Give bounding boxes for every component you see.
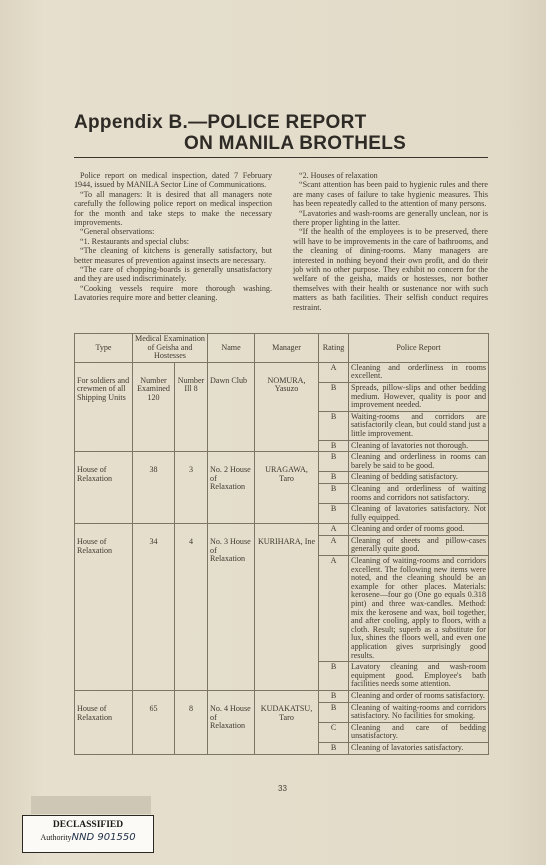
table-body: For soldiers and crewmen of all Shipping… [75, 362, 489, 754]
header-type: Type [75, 334, 133, 363]
cell-type: For soldiers and crewmen of all Shipping… [75, 362, 133, 451]
cell-rating: C [319, 722, 349, 742]
header-rating: Rating [319, 334, 349, 363]
cell-rating: B [319, 662, 349, 691]
title-line-1: Appendix B.—POLICE REPORT [74, 112, 494, 133]
header-manager: Manager [255, 334, 319, 363]
cell-number-examined: 65 [133, 690, 175, 754]
intro-paragraph: “General observations: [74, 227, 272, 236]
intro-paragraph: “2. Houses of relaxation [293, 171, 488, 180]
cell-type: House of Relaxation [75, 690, 133, 754]
intro-paragraph: “Cooking vessels require more thorough w… [74, 284, 272, 303]
intro-paragraph: “1. Restaurants and special clubs: [74, 237, 272, 246]
title-line-2: ON MANILA BROTHELS [74, 133, 494, 154]
cell-police-report: Lavatory cleaning and wash-room equipmen… [349, 662, 489, 691]
cell-number-ill: 3 [175, 452, 208, 524]
table-row: House of Relaxation344No. 3 House of Rel… [75, 524, 489, 536]
table-row: House of Relaxation658No. 4 House of Rel… [75, 690, 489, 702]
header-name: Name [208, 334, 255, 363]
cell-number-examined: 38 [133, 452, 175, 524]
cell-police-report: Cleaning of lavatories satisfactory. Not… [349, 504, 489, 524]
cell-rating: B [319, 702, 349, 722]
intro-paragraph: “Lavatories and wash-rooms are generally… [293, 209, 488, 228]
cell-police-report: Cleaning of lavatories not thorough. [349, 440, 489, 452]
cell-rating: B [319, 472, 349, 484]
intro-paragraph: “To all managers: It is desired that all… [74, 190, 272, 228]
cell-police-report: Cleaning of lavatories satisfactory. [349, 742, 489, 754]
stamp-heading: DECLASSIFIED [23, 820, 153, 830]
cell-police-report: Waiting-rooms and corridors are satisfac… [349, 411, 489, 440]
intro-right-column: “2. Houses of relaxation “Scant attentio… [293, 171, 488, 312]
intro-paragraph: “If the health of the employees is to be… [293, 227, 488, 312]
page-title: Appendix B.—POLICE REPORT ON MANILA BROT… [74, 112, 494, 154]
stamp-shadow [31, 796, 151, 814]
table-row: For soldiers and crewmen of all Shipping… [75, 362, 489, 382]
cell-rating: B [319, 483, 349, 503]
cell-police-report: Cleaning and order of rooms satisfactory… [349, 690, 489, 702]
cell-rating: B [319, 452, 349, 472]
header-police-report: Police Report [349, 334, 489, 363]
cell-number-examined: 34 [133, 524, 175, 691]
intro-paragraph: “The care of chopping-boards is generall… [74, 265, 272, 284]
cell-manager: URAGAWA, Taro [255, 452, 319, 524]
cell-police-report: Cleaning of sheets and pillow-cases gene… [349, 535, 489, 555]
police-report-table: Type Medical Examination of Geisha and H… [74, 333, 489, 755]
stamp-authority-value: NND 901550 [72, 832, 136, 843]
cell-police-report: Cleaning and order of rooms good. [349, 524, 489, 536]
cell-number-examined: Number Examined 120 [133, 362, 175, 451]
table-header-row: Type Medical Examination of Geisha and H… [75, 334, 489, 363]
cell-police-report: Cleaning and care of bedding unsatisfact… [349, 722, 489, 742]
title-divider [74, 157, 488, 159]
stamp-authority: AuthorityNND 901550 [23, 832, 153, 843]
cell-establishment-name: No. 2 House of Relaxation [208, 452, 255, 524]
cell-rating: B [319, 742, 349, 754]
cell-rating: B [319, 382, 349, 411]
cell-rating: B [319, 440, 349, 452]
cell-rating: B [319, 411, 349, 440]
table-row: House of Relaxation383No. 2 House of Rel… [75, 452, 489, 472]
cell-rating: A [319, 535, 349, 555]
cell-police-report: Cleaning and orderliness in rooms excell… [349, 362, 489, 382]
cell-number-ill: 4 [175, 524, 208, 691]
cell-rating: B [319, 504, 349, 524]
stamp-authority-label: Authority [40, 833, 71, 842]
cell-police-report: Cleaning of waiting-rooms and corridors … [349, 556, 489, 662]
cell-manager: NOMURA, Yasuzo [255, 362, 319, 451]
cell-manager: KUDAKATSU, Taro [255, 690, 319, 754]
cell-rating: B [319, 690, 349, 702]
intro-left-column: Police report on medical inspection, dat… [74, 171, 272, 303]
page-number: 33 [278, 784, 287, 793]
cell-rating: A [319, 556, 349, 662]
cell-police-report: Cleaning of bedding satisfactory. [349, 472, 489, 484]
cell-police-report: Cleaning and orderliness of waiting room… [349, 483, 489, 503]
intro-paragraph: Police report on medical inspection, dat… [74, 171, 272, 190]
cell-police-report: Spreads, pillow-slips and other bedding … [349, 382, 489, 411]
cell-police-report: Cleaning and orderliness in rooms can ba… [349, 452, 489, 472]
cell-establishment-name: No. 3 House of Relaxation [208, 524, 255, 691]
declassified-stamp: DECLASSIFIED AuthorityNND 901550 [22, 815, 154, 853]
intro-paragraph: “Scant attention has been paid to hygien… [293, 180, 488, 208]
cell-number-ill: 8 [175, 690, 208, 754]
document-page: Appendix B.—POLICE REPORT ON MANILA BROT… [0, 0, 546, 865]
intro-paragraph: “The cleaning of kitchens is generally s… [74, 246, 272, 265]
cell-establishment-name: No. 4 House of Relaxation [208, 690, 255, 754]
cell-rating: A [319, 524, 349, 536]
header-medical-examination: Medical Examination of Geisha and Hostes… [133, 334, 208, 363]
cell-number-ill: Number Ill 8 [175, 362, 208, 451]
cell-manager: KURIHARA, Ine [255, 524, 319, 691]
cell-type: House of Relaxation [75, 524, 133, 691]
cell-type: House of Relaxation [75, 452, 133, 524]
cell-police-report: Cleaning of waiting-rooms and corridors … [349, 702, 489, 722]
cell-establishment-name: Dawn Club [208, 362, 255, 451]
cell-rating: A [319, 362, 349, 382]
